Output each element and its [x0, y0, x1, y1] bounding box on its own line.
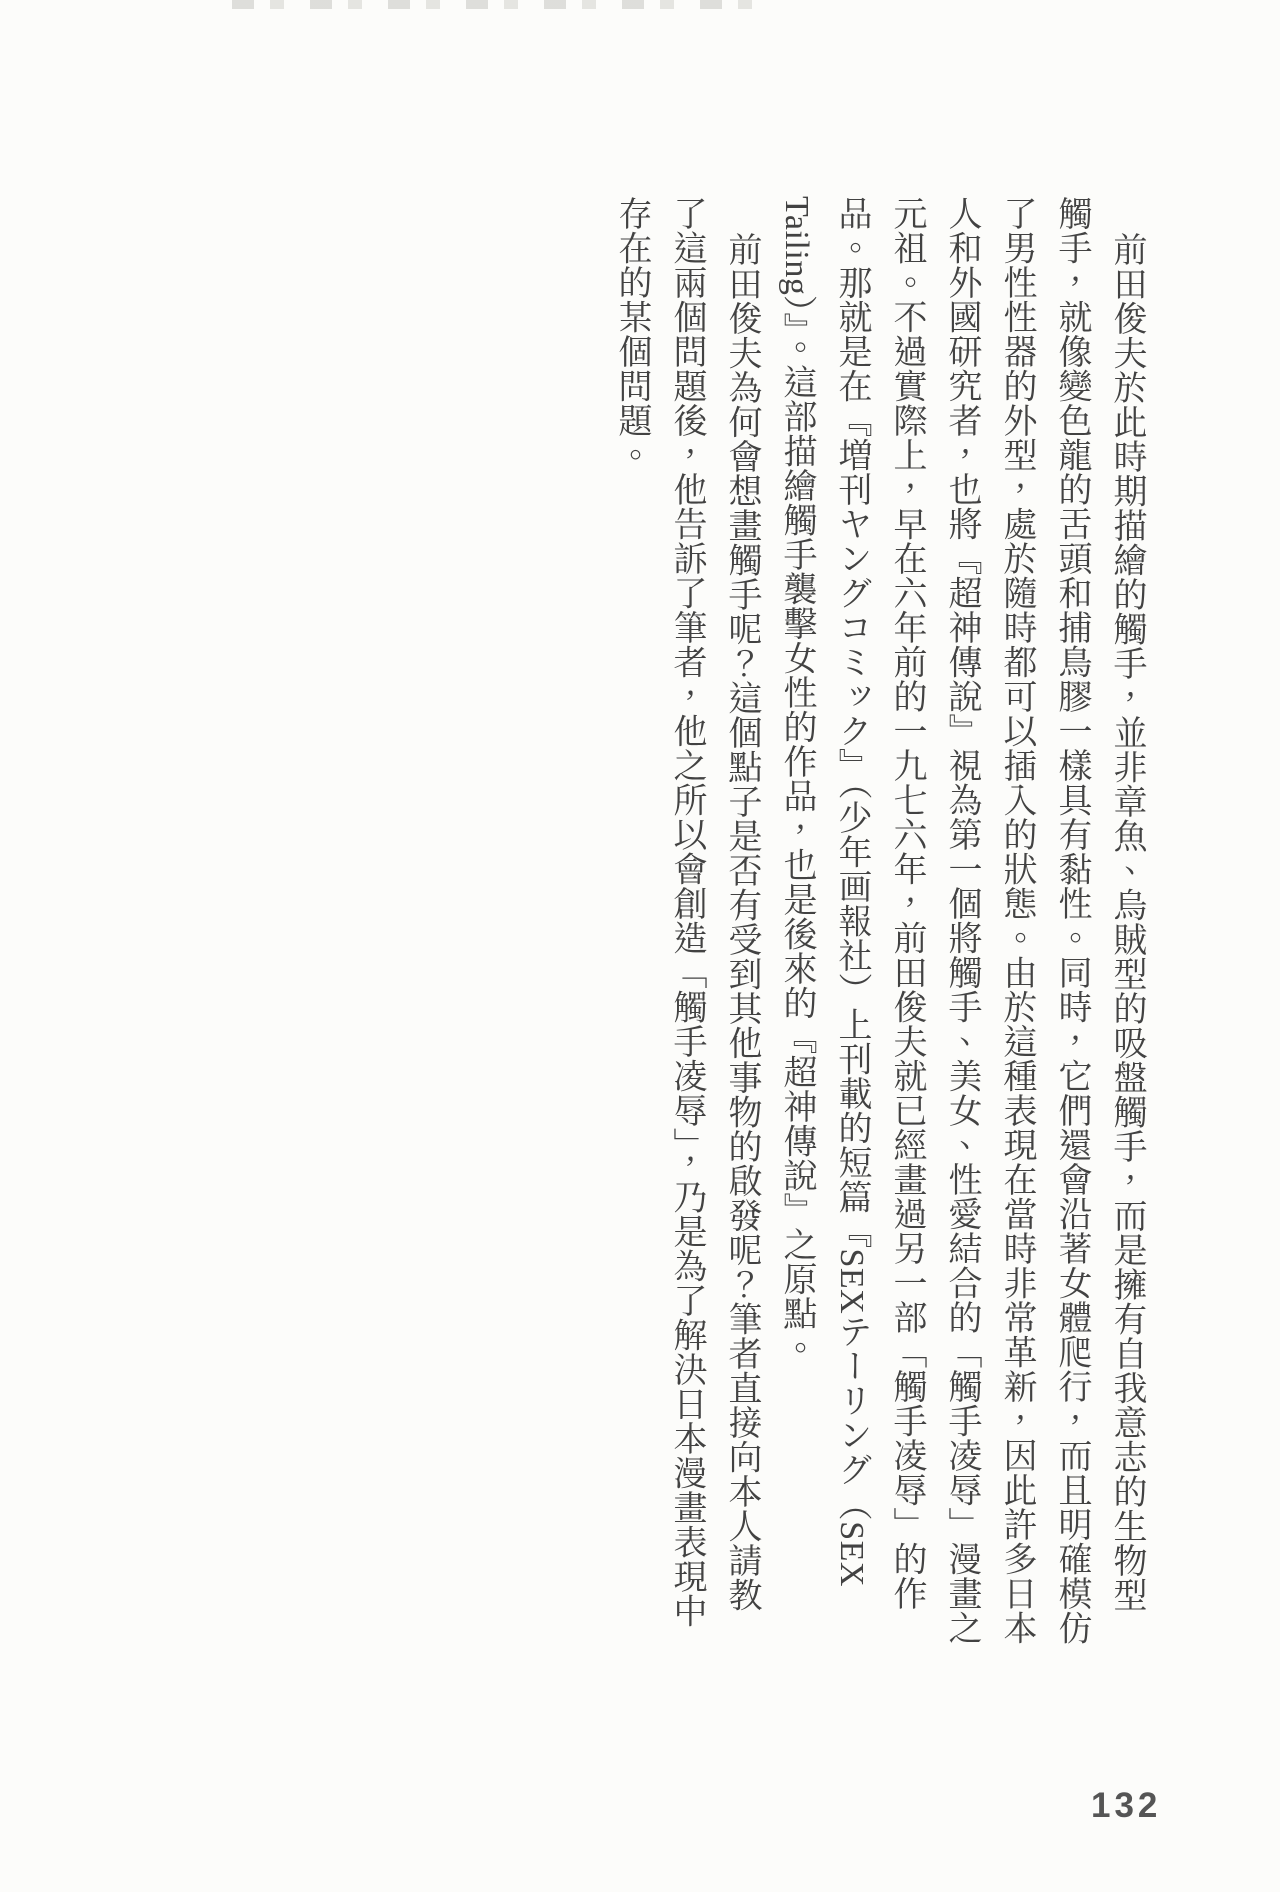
cropped-print-artifact: [232, 0, 757, 9]
page-number: 132: [1091, 1786, 1161, 1826]
paragraph-2: 前田俊夫為何會想畫觸手呢？這個點子是否有受到其他事物的啟發呢？筆者直接向本人請教…: [604, 196, 769, 1645]
book-page: 前田俊夫於此時期描繪的觸手，並非章魚、烏賊型的吸盤觸手，而是擁有自我意志的生物型…: [0, 0, 1280, 1892]
vertical-text-block: 前田俊夫於此時期描繪的觸手，並非章魚、烏賊型的吸盤觸手，而是擁有自我意志的生物型…: [604, 196, 1154, 1645]
paragraph-1: 前田俊夫於此時期描繪的觸手，並非章魚、烏賊型的吸盤觸手，而是擁有自我意志的生物型…: [769, 196, 1154, 1645]
